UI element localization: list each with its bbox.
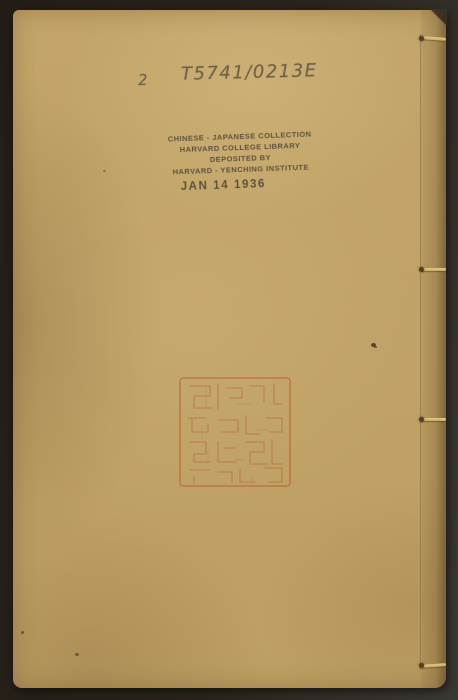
paper-speck <box>103 170 106 172</box>
book-cover-scan: 2 T5741/0213E CHINESE - JAPANESE COLLECT… <box>0 0 458 700</box>
binding-crease <box>420 34 422 670</box>
library-stamp: CHINESE - JAPANESE COLLECTION HARVARD CO… <box>157 128 324 194</box>
paper-speck <box>75 653 79 656</box>
binding-strip <box>421 10 446 688</box>
binding-hole <box>419 267 424 272</box>
seal-pattern-icon <box>178 376 292 488</box>
binding-hole <box>419 663 424 668</box>
pencil-call-number: T5741/0213E <box>181 60 318 85</box>
paper-speck <box>371 343 376 347</box>
binding-thread <box>421 418 446 421</box>
binding-thread <box>421 268 446 271</box>
binding-hole <box>419 36 424 41</box>
cover-paper: 2 T5741/0213E CHINESE - JAPANESE COLLECT… <box>13 10 446 688</box>
red-seal-stamp <box>178 376 292 488</box>
stamp-date: JAN 14 1936 <box>141 177 306 195</box>
binding-hole <box>419 417 424 422</box>
paper-speck <box>21 631 24 634</box>
pencil-number: 2 <box>138 71 148 89</box>
